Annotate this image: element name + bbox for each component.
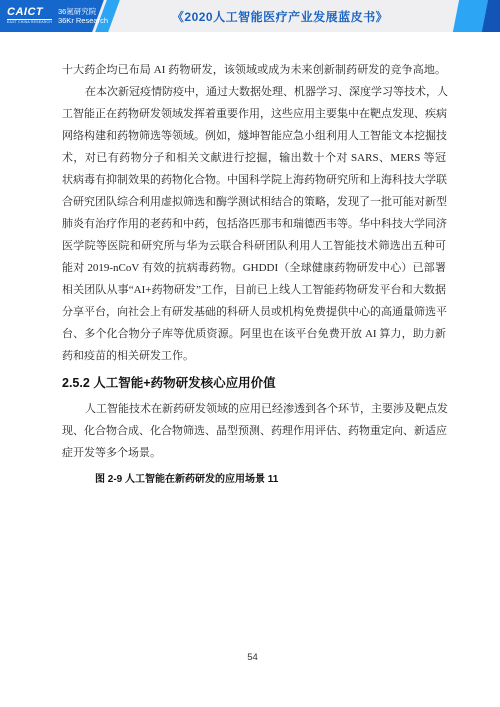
logo-area: CAICT EAST CHINA RESEARCH 36氪研究院 36Kr Re… <box>0 0 112 32</box>
org-name-en: 36Kr Research <box>58 16 108 25</box>
document-page: CAICT EAST CHINA RESEARCH 36氪研究院 36Kr Re… <box>0 0 500 707</box>
page-header: CAICT EAST CHINA RESEARCH 36氪研究院 36Kr Re… <box>0 0 500 32</box>
page-number: 54 <box>0 652 500 663</box>
text-line: 合研究团队综合利用虚拟筛选和酶学测试相结合的策略，发现了一批可能对新型 <box>62 191 446 213</box>
caict-logo: CAICT EAST CHINA RESEARCH <box>7 7 52 25</box>
text-line: 能对 2019-nCoV 有效的抗病毒药物。GHDDI（全球健康药物研发中心）已… <box>62 257 446 279</box>
section-heading: 2.5.2 人工智能+药物研发核心应用价值 <box>62 372 446 394</box>
text-line: 在本次新冠疫情防疫中，通过大数据处理、机器学习、深度学习等技术，人 <box>62 81 446 103</box>
org-name: 36氪研究院 36Kr Research <box>58 7 108 26</box>
text-line: 网络构建和药物筛选等领域。例如，燧坤智能应急小组利用人工智能文本挖掘技 <box>62 125 446 147</box>
document-title: 《2020人工智能医疗产业发展蓝皮书》 <box>130 0 430 32</box>
text-line: 工智能正在药物研发领域发挥着重要作用，这些应用主要集中在靶点发现、疾病 <box>62 103 446 125</box>
text-line: 台、多个化合物分子库等优质资源。阿里也在该平台免费开放 AI 算力，助力新 <box>62 323 446 345</box>
text-line: 症开发等多个场景。 <box>62 442 446 464</box>
text-line: 状病毒有抑制效果的药物化合物。中国科学院上海药物研究所和上海科技大学联 <box>62 169 446 191</box>
text-line: 相关团队从事“AI+药物研发”工作，目前已上线人工智能药物研发平台和大数据 <box>62 279 446 301</box>
text-line: 肺炎有治疗作用的老药和中药，包括洛匹那韦和瑞德西韦等。华中科技大学同济 <box>62 213 446 235</box>
caict-logo-text: CAICT <box>7 7 52 20</box>
figure-caption: 图 2-9 人工智能在新药研发的应用场景 11 <box>62 472 446 487</box>
org-name-cn: 36氪研究院 <box>58 7 108 16</box>
text-line: 人工智能技术在新药研发领域的应用已经渗透到各个环节，主要涉及靶点发 <box>62 398 446 420</box>
text-line: 分享平台，向社会上有研发基础的科研人员或机构免费提供中心的高通量筛选平 <box>62 301 446 323</box>
text-line: 术，对已有药物分子和相关文献进行挖掘，输出数十个对 SARS、MERS 等冠 <box>62 147 446 169</box>
text-line: 十大药企均已布局 AI 药物研发，该领域或成为未来创新制药研发的竞争高地。 <box>62 59 446 81</box>
text-line: 现、化合物合成、化合物筛选、晶型预测、药理作用评估、药物重定向、新适应 <box>62 420 446 442</box>
caict-logo-subtext: EAST CHINA RESEARCH <box>7 21 52 25</box>
page-content: 十大药企均已布局 AI 药物研发，该领域或成为未来创新制药研发的竞争高地。 在本… <box>62 59 446 487</box>
text-line: 医学院等医院和研究所与华为云联合科研团队利用人工智能技术筛选出五种可 <box>62 235 446 257</box>
text-line: 药和疫苗的相关研发工作。 <box>62 345 446 367</box>
